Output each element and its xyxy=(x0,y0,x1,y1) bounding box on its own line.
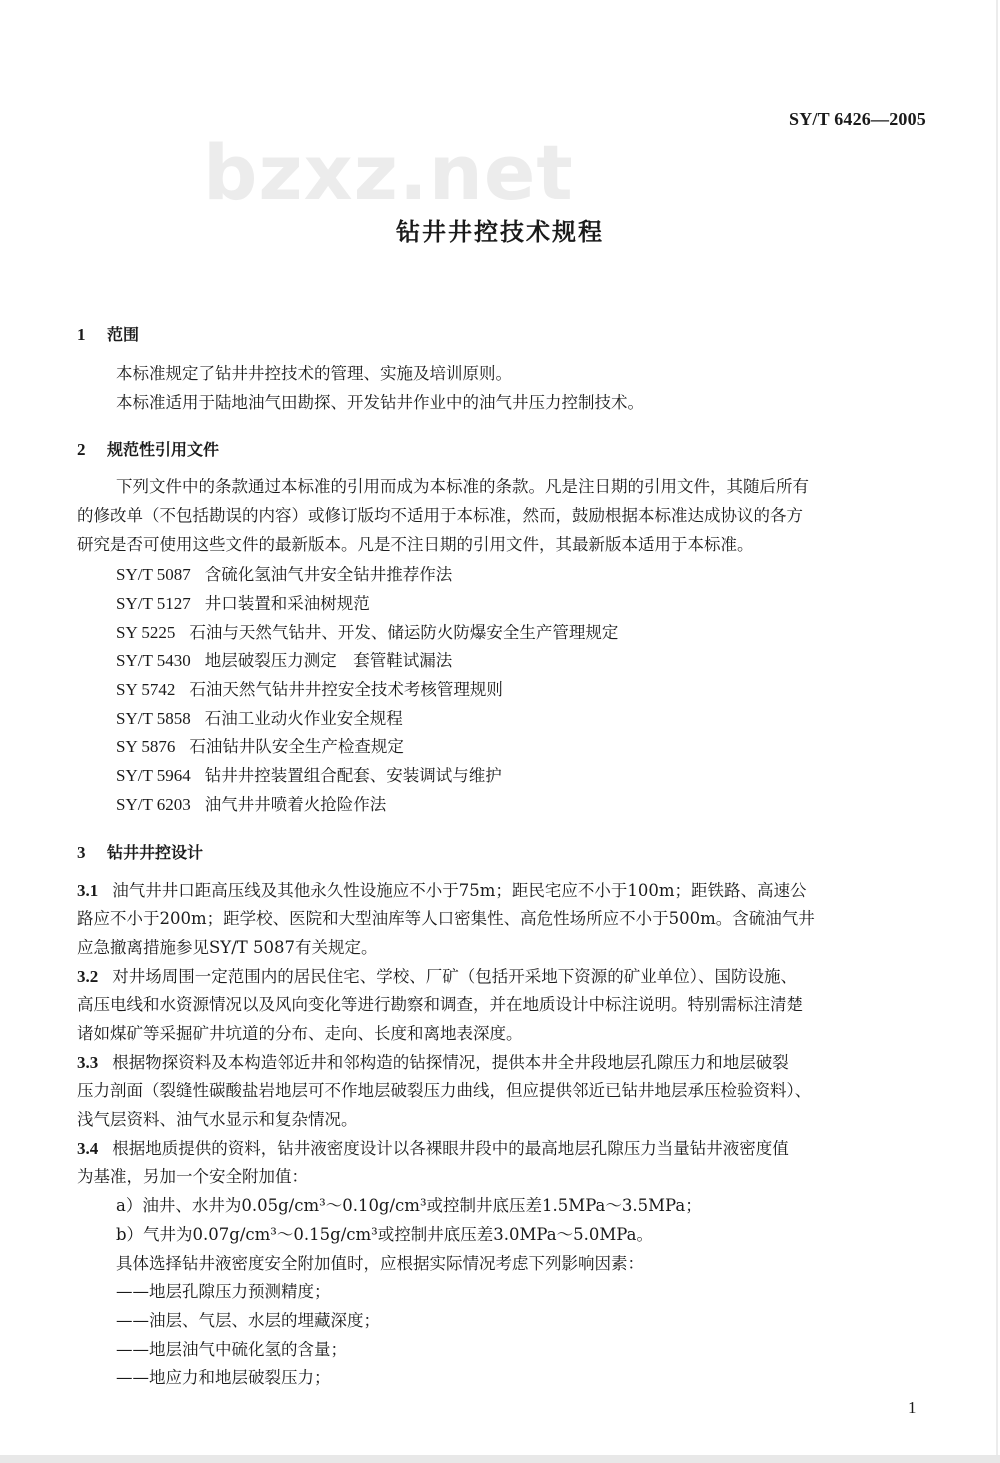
paragraph-line: 下列文件中的条款通过本标准的引用而成为本标准的条款。凡是注日期的引用文件，其随后… xyxy=(116,479,809,496)
clause-number: 3.1 xyxy=(77,881,98,900)
clause-text: 根据地质提供的资料，钻井液密度设计以各裸眼井段中的最高地层孔隙压力当量钻井液密度… xyxy=(112,1139,789,1158)
clause-text: 对井场周围一定范围内的居民住宅、学校、厂矿（包括开采地下资源的矿业单位）、国防设… xyxy=(112,967,797,986)
clause-3-1-line: 3.1油气井井口距高压线及其他永久性设施应不小于75m；距民宅应不小于100m；… xyxy=(77,882,807,900)
reference-item: SY 5876石油钻井队安全生产检查规定 xyxy=(116,738,404,756)
reference-title: 地层破裂压力测定 套管鞋试漏法 xyxy=(205,651,453,670)
reference-code: SY/T 5858 xyxy=(116,710,191,727)
factor-item: ——地应力和地层破裂压力； xyxy=(116,1370,331,1387)
reference-item: SY/T 5858石油工业动火作业安全规程 xyxy=(116,710,403,728)
paragraph-line: 研究是否可使用这些文件的最新版本。凡是不注日期的引用文件，其最新版本适用于本标准… xyxy=(77,537,754,554)
list-item: a）油井、水井为0.05g/cm³～0.10g/cm³或控制井底压差1.5MPa… xyxy=(116,1198,702,1215)
document-page: SY/T 6426—2005 bzxz.net 钻井井控技术规程 1范围 本标准… xyxy=(0,0,998,1455)
section-title: 规范性引用文件 xyxy=(107,440,219,459)
section-number: 1 xyxy=(77,325,107,345)
section-number: 2 xyxy=(77,440,107,460)
reference-item: SY/T 5127井口装置和采油树规范 xyxy=(116,595,370,613)
clause-text: 为基准，另加一个安全附加值： xyxy=(77,1169,308,1186)
reference-code: SY 5876 xyxy=(116,738,175,755)
reference-code: SY/T 6203 xyxy=(116,796,191,813)
section-3-heading: 3钻井井控设计 xyxy=(77,840,203,863)
clause-3-2-line: 3.2对井场周围一定范围内的居民住宅、学校、厂矿（包括开采地下资源的矿业单位）、… xyxy=(77,968,797,986)
standard-code: SY/T 6426—2005 xyxy=(789,109,926,130)
reference-item: SY 5742石油天然气钻井井控安全技术考核管理规则 xyxy=(116,681,503,699)
clause-text: 压力剖面（裂缝性碳酸盐岩地层可不作地层破裂压力曲线，但应提供邻近已钻井地层承压检… xyxy=(77,1083,811,1100)
factor-item: ——地层孔隙压力预测精度； xyxy=(116,1284,331,1301)
reference-item: SY/T 5087含硫化氢油气井安全钻井推荐作法 xyxy=(116,566,452,584)
paragraph: 本标准规定了钻井井控技术的管理、实施及培训原则。 xyxy=(116,366,512,383)
reference-code: SY/T 5127 xyxy=(116,595,191,612)
page-bottom-edge xyxy=(0,1455,1000,1463)
clause-number: 3.3 xyxy=(77,1053,98,1072)
reference-item: SY/T 5430地层破裂压力测定 套管鞋试漏法 xyxy=(116,652,452,670)
reference-code: SY/T 5964 xyxy=(116,767,191,784)
clause-text: 应急撤离措施参见SY/T 5087有关规定。 xyxy=(77,940,378,957)
reference-title: 石油工业动火作业安全规程 xyxy=(205,709,403,728)
clause-text: 浅气层资料、油气水显示和复杂情况。 xyxy=(77,1112,358,1129)
paragraph: 本标准适用于陆地油气田勘探、开发钻井作业中的油气井压力控制技术。 xyxy=(116,395,644,412)
clause-text: 油气井井口距高压线及其他永久性设施应不小于75m；距民宅应不小于100m；距铁路… xyxy=(112,881,806,900)
clause-text: 根据物探资料及本构造邻近井和邻构造的钻探情况，提供本井全井段地层孔隙压力和地层破… xyxy=(112,1053,789,1072)
reference-code: SY 5225 xyxy=(116,624,175,641)
clause-text: 高压电线和水资源情况以及风向变化等进行勘察和调查，并在地质设计中标注说明。特别需… xyxy=(77,997,803,1014)
reference-title: 井口装置和采油树规范 xyxy=(205,594,370,613)
page-number: 1 xyxy=(908,1398,917,1418)
section-1-heading: 1范围 xyxy=(77,322,139,345)
list-item: b）气井为0.07g/cm³～0.15g/cm³或控制井底压差3.0MPa～5.… xyxy=(116,1227,653,1244)
section-title: 范围 xyxy=(107,325,139,344)
reference-title: 石油钻井队安全生产检查规定 xyxy=(189,737,404,756)
clause-number: 3.2 xyxy=(77,967,98,986)
reference-title: 含硫化氢油气井安全钻井推荐作法 xyxy=(205,565,453,584)
reference-code: SY 5742 xyxy=(116,681,175,698)
reference-title: 钻井井控装置组合配套、安装调试与维护 xyxy=(205,766,502,785)
paragraph: 具体选择钻井液密度安全附加值时，应根据实际情况考虑下列影响因素： xyxy=(116,1256,644,1273)
factor-item: ——油层、气层、水层的埋藏深度； xyxy=(116,1313,380,1330)
reference-item: SY 5225石油与天然气钻井、开发、储运防火防爆安全生产管理规定 xyxy=(116,624,618,642)
clause-3-3-line: 3.3根据物探资料及本构造邻近井和邻构造的钻探情况，提供本井全井段地层孔隙压力和… xyxy=(77,1054,789,1072)
reference-item: SY/T 6203油气井井喷着火抢险作法 xyxy=(116,796,386,814)
reference-title: 油气井井喷着火抢险作法 xyxy=(205,795,387,814)
section-number: 3 xyxy=(77,843,107,863)
reference-item: SY/T 5964钻井井控装置组合配套、安装调试与维护 xyxy=(116,767,502,785)
clause-text: 诸如煤矿等采掘矿井坑道的分布、走向、长度和离地表深度。 xyxy=(77,1026,523,1043)
section-2-heading: 2规范性引用文件 xyxy=(77,437,219,460)
clause-number: 3.4 xyxy=(77,1139,98,1158)
reference-code: SY/T 5430 xyxy=(116,652,191,669)
reference-title: 石油天然气钻井井控安全技术考核管理规则 xyxy=(189,680,503,699)
reference-title: 石油与天然气钻井、开发、储运防火防爆安全生产管理规定 xyxy=(189,623,618,642)
reference-code: SY/T 5087 xyxy=(116,566,191,583)
factor-item: ——地层油气中硫化氢的含量； xyxy=(116,1342,347,1359)
clause-text: 路应不小于200m；距学校、医院和大型油库等人口密集性、高危性场所应不小于500… xyxy=(77,911,815,928)
clause-3-4-line: 3.4根据地质提供的资料，钻井液密度设计以各裸眼井段中的最高地层孔隙压力当量钻井… xyxy=(77,1140,789,1158)
document-title: 钻井井控技术规程 xyxy=(0,212,1000,247)
watermark: bzxz.net xyxy=(203,135,574,211)
paragraph-line: 的修改单（不包括勘误的内容）或修订版均不适用于本标准，然而，鼓励根据本标准达成协… xyxy=(77,508,803,525)
section-title: 钻井井控设计 xyxy=(107,843,203,862)
